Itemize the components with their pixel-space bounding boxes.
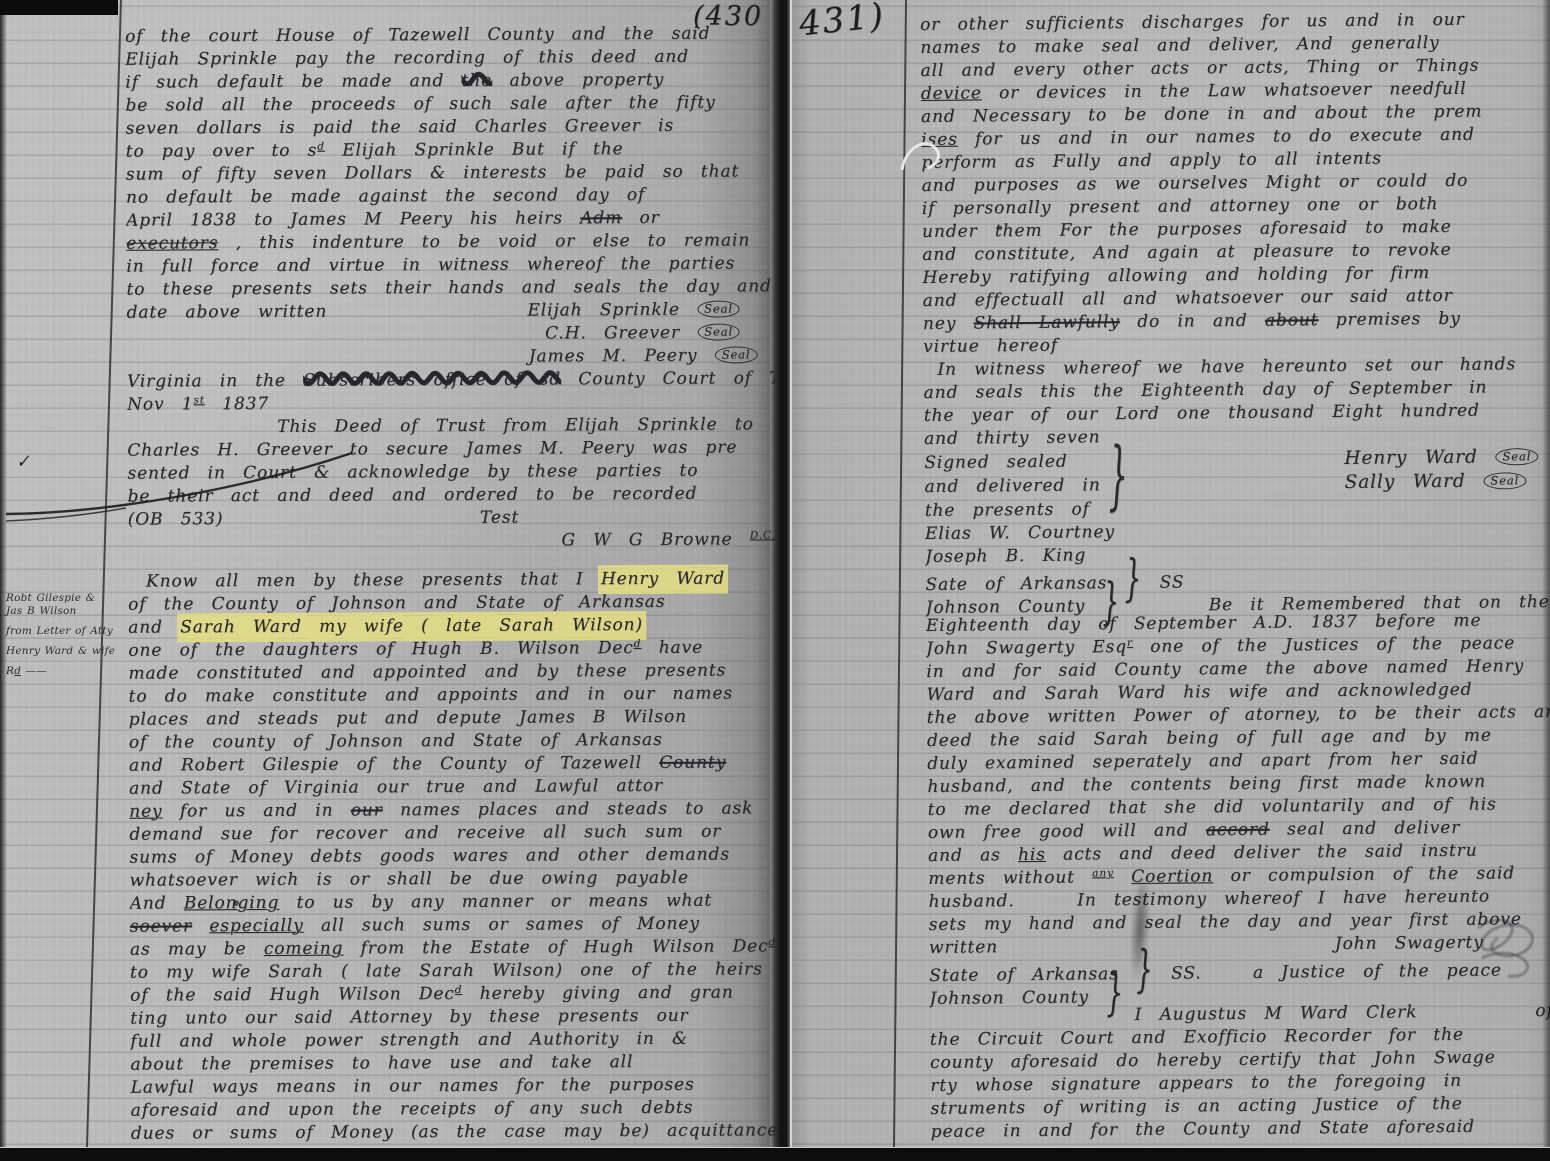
text-line: Virginia in the Subscribers office of sd…	[127, 367, 775, 393]
text-line: executors , this indenture to be void or…	[126, 229, 774, 255]
text-line: soever especially all such sums or sames…	[130, 912, 778, 938]
scan-edge	[0, 0, 7, 1161]
text-line: and Robert Gilespie of the County of Taz…	[129, 751, 777, 777]
text-line: Robt Gilespie & Jas B Wilson	[6, 592, 116, 618]
text-line: aforesaid and upon the receipts of any s…	[131, 1096, 779, 1122]
text-line: be their act and deed and ordered to be …	[127, 482, 775, 508]
text-line: James M. Peery Seal	[127, 344, 775, 370]
text-line: This Deed of Trust from Elijah Sprinkle …	[127, 413, 775, 439]
witness-attestation: Signed sealedand delivered inthe present…	[924, 449, 1101, 523]
text-line: in full force and virtue in witness wher…	[126, 252, 774, 278]
scan-edge	[0, 1147, 1550, 1161]
text-line: (OB 533)Test	[128, 505, 776, 531]
text-line: of the said Hugh Wilson Decd hereby givi…	[130, 981, 778, 1007]
text-line: made constituted and appointed and by th…	[128, 659, 776, 685]
check-mark: ✓	[15, 451, 31, 472]
text-line: State of Arkansas } SS.a Justice of the …	[929, 954, 1550, 983]
text-line: Charles H. Greever to secure James M. Pe…	[127, 436, 775, 462]
text-line: sum of fifty seven Dollars & interests b…	[126, 160, 774, 186]
signer-name: Sally Ward	[1344, 470, 1483, 495]
signatures: Henry Ward Seal Sally Ward Seal	[1344, 445, 1548, 495]
text-line: And Belonging to us by any manner or mea…	[130, 889, 778, 915]
text-line: of the county of Johnson and State of Ar…	[129, 728, 777, 754]
text-line: about the premises to have use and take …	[130, 1050, 778, 1076]
text-line: Nov 1st 1837	[127, 390, 775, 416]
text-line: full and whole power strength and Author…	[130, 1027, 778, 1053]
text-line: date above writtenElijah Sprinkle Seal	[127, 298, 775, 324]
text-line: sums of Money debts goods wares and othe…	[129, 843, 777, 869]
text-line: April 1838 to James M Peery his heirs Ad…	[126, 206, 774, 232]
text-line: seven dollars is paid the said Charles G…	[126, 114, 774, 140]
signature-sally-ward: Sally Ward Seal	[1344, 469, 1538, 495]
text-line: no default be made against the second da…	[126, 183, 774, 209]
deed-book-scan: (430 431) Robt Gilespie & Jas B Wilsonfr…	[0, 0, 1550, 1161]
text-line: G W G Browne D.C.	[128, 528, 776, 554]
text-line: places and steads put and depute James B…	[129, 705, 777, 731]
margin-notes: Robt Gilespie & Jas B Wilsonfrom Letter …	[6, 592, 116, 685]
text-line: and State of Virginia our true and Lawfu…	[129, 774, 777, 800]
right-page-text: or other sufficients discharges for us a…	[920, 8, 1550, 1146]
text-line: Know all men by these presents that I He…	[128, 567, 776, 593]
text-line: dues or sums of Money (as the case may b…	[131, 1119, 779, 1143]
text-line: the presents of	[925, 497, 1101, 523]
text-line: of the County of Johnson and State of Ar…	[128, 590, 776, 616]
text-line: C.H. Greever Seal	[127, 321, 775, 347]
text-line: be sold all the proceeds of such sale af…	[125, 91, 773, 117]
witness-signature-block: Signed sealedand delivered inthe present…	[924, 445, 1549, 523]
text-line: Signed sealed	[924, 449, 1100, 475]
text-line: to do make constitute and appoints and i…	[129, 682, 777, 708]
seal-mark: Seal	[1495, 448, 1538, 465]
text-line: sented in Court & acknowledge by these p…	[127, 459, 775, 485]
right-page-text-top: or other sufficients discharges for us a…	[920, 8, 1548, 451]
text-line: whatsoever wich is or shall be due owing…	[129, 866, 777, 892]
text-line: if such default be made and the above pr…	[125, 68, 773, 94]
text-line: one of the daughters of Hugh B. Wilson D…	[128, 636, 776, 662]
left-page-text: of the court House of Tazewell County an…	[125, 22, 779, 1143]
text-line: Elijah Sprinkle pay the recording of thi…	[125, 45, 773, 71]
scan-edge	[1542, 0, 1550, 1161]
text-line: to these presents sets their hands and s…	[126, 275, 774, 301]
seal-mark: Seal	[1483, 472, 1526, 489]
text-line: and Sarah Ward my wife ( late Sarah Wils…	[128, 613, 776, 639]
text-line: from Letter of Atty	[6, 625, 116, 638]
text-line: Henry Ward & wife	[6, 645, 116, 658]
text-line: ney for us and in our names places and s…	[129, 797, 777, 823]
text-line: peace in and for the County and State af…	[931, 1115, 1550, 1144]
text-line: to pay over to sd Elijah Sprinkle But if…	[126, 137, 774, 163]
text-line: and delivered in	[924, 473, 1100, 499]
signature-henry-ward: Henry Ward Seal	[1344, 445, 1538, 471]
text-line: demand sue for recover and receive all s…	[129, 820, 777, 846]
text-line: of the court House of Tazewell County an…	[125, 22, 773, 48]
brace-glyph: }	[1108, 433, 1129, 521]
text-line: Lawful ways means in our names for the p…	[131, 1073, 779, 1099]
text-line: ting unto our said Attorney by these pre…	[130, 1004, 778, 1030]
right-page-text-bottom: Elias W. CourtneyJoseph B. KingSate of A…	[925, 517, 1550, 1144]
scan-edge	[0, 0, 118, 15]
text-line: Rd ——	[6, 665, 116, 678]
text-line: as may be comeing from the Estate of Hug…	[130, 935, 778, 961]
signer-name: Henry Ward	[1344, 445, 1495, 470]
